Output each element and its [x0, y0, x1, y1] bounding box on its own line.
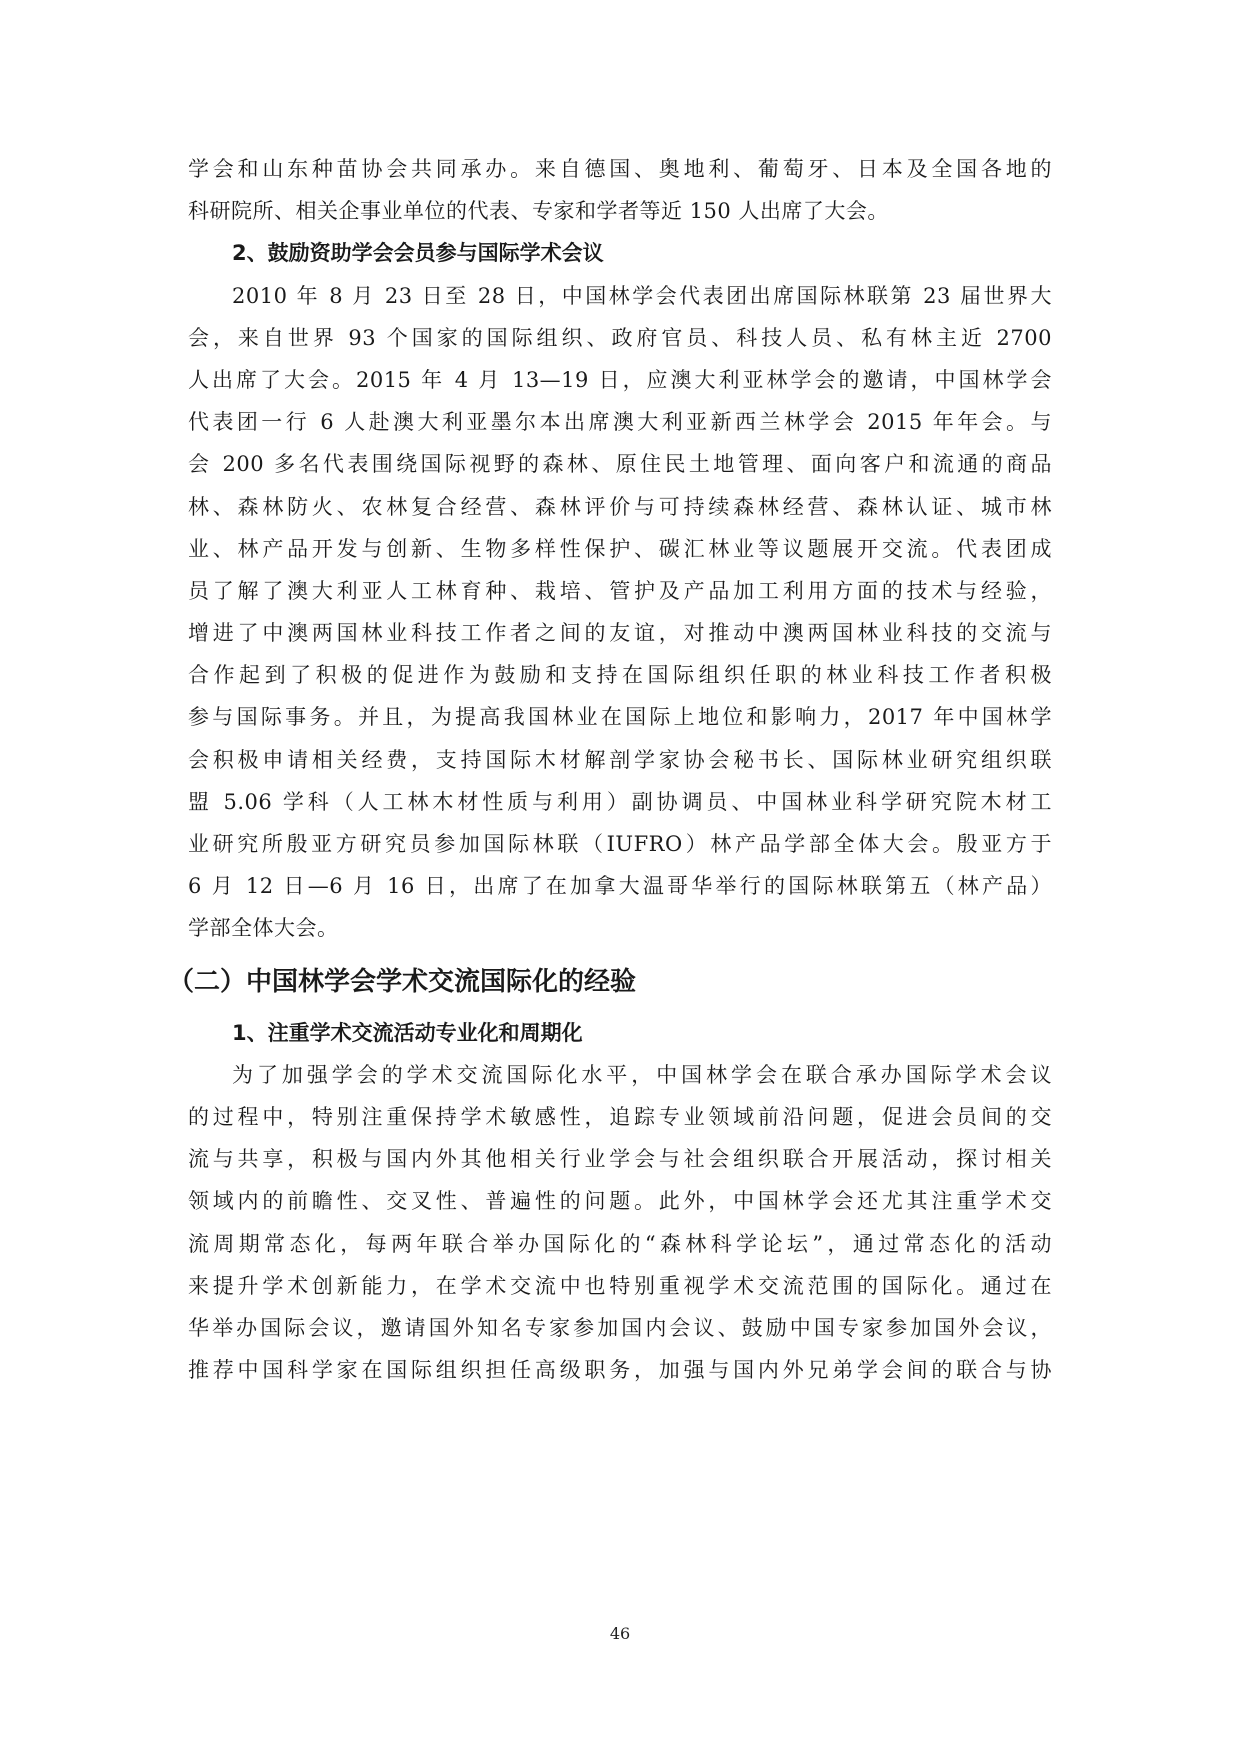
paragraph: 2010 年 8 月 23 日至 28 日，中国林学会代表团出席国际林联第 23…: [188, 275, 1052, 950]
text-line: 参与国际事务。并且，为提高我国林业在国际上地位和影响力，2017 年中国林学: [188, 696, 1052, 738]
text-line: 推荐中国科学家在国际组织担任高级职务，加强与国内外兄弟学会间的联合与协: [188, 1349, 1052, 1391]
continuation-paragraph: 学会和山东种苗协会共同承办。来自德国、奥地利、葡萄牙、日本及全国各地的 科研院所…: [188, 148, 1052, 232]
text-line: 合作起到了积极的促进作为鼓励和支持在国际组织任职的林业科技工作者积极: [188, 654, 1052, 696]
text-line: 员了解了澳大利亚人工林育种、栽培、管护及产品加工利用方面的技术与经验，: [188, 570, 1052, 612]
section-heading: （二）中国林学会学术交流国际化的经验: [168, 954, 1052, 1010]
paragraph: 为了加强学会的学术交流国际化水平，中国林学会在联合承办国际学术会议 的过程中，特…: [188, 1054, 1052, 1392]
text-line: 学部全体大会。: [188, 907, 1052, 949]
text-line: 领域内的前瞻性、交叉性、普遍性的问题。此外，中国林学会还尤其注重学术交: [188, 1180, 1052, 1222]
text-line: 6 月 12 日—6 月 16 日，出席了在加拿大温哥华举行的国际林联第五（林产…: [188, 865, 1052, 907]
text-line: 业研究所殷亚方研究员参加国际林联（IUFRO）林产品学部全体大会。殷亚方于: [188, 823, 1052, 865]
text-line: 学会和山东种苗协会共同承办。来自德国、奥地利、葡萄牙、日本及全国各地的: [188, 148, 1052, 190]
subsection-heading: 1、注重学术交流活动专业化和周期化: [188, 1012, 1052, 1054]
text-line: 流与共享，积极与国内外其他相关行业学会与社会组织联合开展活动，探讨相关: [188, 1138, 1052, 1180]
text-line: 人出席了大会。2015 年 4 月 13—19 日，应澳大利亚林学会的邀请，中国…: [188, 359, 1052, 401]
text-line: 为了加强学会的学术交流国际化水平，中国林学会在联合承办国际学术会议: [188, 1054, 1052, 1096]
text-line: 科研院所、相关企事业单位的代表、专家和学者等近 150 人出席了大会。: [188, 190, 1052, 232]
subsection-heading: 2、鼓励资助学会会员参与国际学术会议: [188, 232, 1052, 274]
text-line: 华举办国际会议，邀请国外知名专家参加国内会议、鼓励中国专家参加国外会议，: [188, 1307, 1052, 1349]
text-line: 林、森林防火、农林复合经营、森林评价与可持续森林经营、森林认证、城市林: [188, 486, 1052, 528]
text-line: 代表团一行 6 人赴澳大利亚墨尔本出席澳大利亚新西兰林学会 2015 年年会。与: [188, 401, 1052, 443]
text-line: 会，来自世界 93 个国家的国际组织、政府官员、科技人员、私有林主近 2700: [188, 317, 1052, 359]
page-number: 46: [0, 1624, 1240, 1643]
text-line: 增进了中澳两国林业科技工作者之间的友谊，对推动中澳两国林业科技的交流与: [188, 612, 1052, 654]
text-line: 来提升学术创新能力，在学术交流中也特别重视学术交流范围的国际化。通过在: [188, 1265, 1052, 1307]
text-line: 的过程中，特别注重保持学术敏感性，追踪专业领域前沿问题，促进会员间的交: [188, 1096, 1052, 1138]
text-line: 会积极申请相关经费，支持国际木材解剖学家协会秘书长、国际林业研究组织联: [188, 739, 1052, 781]
text-line: 业、林产品开发与创新、生物多样性保护、碳汇林业等议题展开交流。代表团成: [188, 528, 1052, 570]
text-line: 盟 5.06 学科（人工林木材性质与利用）副协调员、中国林业科学研究院木材工: [188, 781, 1052, 823]
document-page: 学会和山东种苗协会共同承办。来自德国、奥地利、葡萄牙、日本及全国各地的 科研院所…: [188, 148, 1052, 1391]
text-line: 流周期常态化，每两年联合举办国际化的“森林科学论坛”，通过常态化的活动: [188, 1223, 1052, 1265]
text-line: 2010 年 8 月 23 日至 28 日，中国林学会代表团出席国际林联第 23…: [188, 275, 1052, 317]
text-line: 会 200 多名代表围绕国际视野的森林、原住民土地管理、面向客户和流通的商品: [188, 443, 1052, 485]
